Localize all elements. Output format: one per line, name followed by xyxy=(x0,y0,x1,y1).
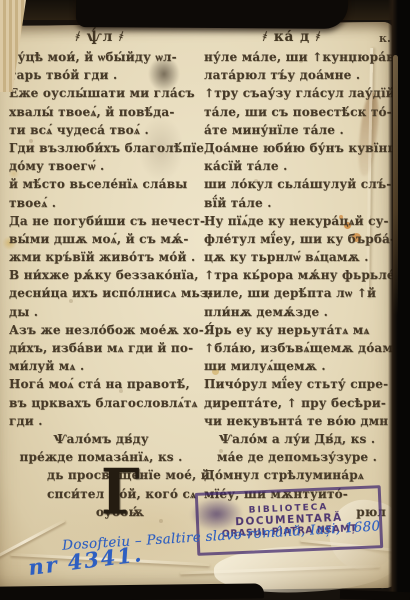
text-line: до́му твоегѡ́ . xyxy=(9,157,193,175)
left-column-text: ру́цѣ мои́, й ѡбы́йду ѡл-тарь тво́й гди … xyxy=(9,48,193,521)
text-line: та́ле, ши съ повестѣ́ск то́- xyxy=(204,103,390,121)
text-line: ↑бла́ю, избъвѧ́щемѫ до́амне xyxy=(204,339,390,357)
left-column-header: ҂ ѱ́л ҂ xyxy=(30,29,170,45)
text-line: ти всѧ́ чудеса́ твоѧ́ . xyxy=(9,121,193,139)
text-line: ма́е де депомьзу́зуре . xyxy=(204,448,390,466)
text-line: десни́ца ихъ испо́лнисѧ мьз- xyxy=(9,284,193,302)
text-line: гди . xyxy=(9,412,193,430)
text-line: ру́цѣ мои́, й ѡбы́йду ѡл- xyxy=(9,48,193,66)
text-line: й мѣ́сто вьселе́нїѧ сла́вы xyxy=(9,175,193,193)
photo-dark-corner xyxy=(340,590,410,600)
text-line: цѫ ку тьрнлѡ́ вѧ́цамѫ . xyxy=(204,248,390,266)
text-line: вы́ми дшѫ моѧ́, й съ мѫ́- xyxy=(9,230,193,248)
text-line: Ѱало́мъ дв́ду xyxy=(9,430,193,448)
right-column-text: ну́ле ма́ле, ши ↑кунџюра́волата́рюл тъ́у… xyxy=(204,48,390,521)
drop-cap-initial: Г xyxy=(101,458,140,525)
text-line: Гди възлюби́хъ благолѣ́пїе xyxy=(9,139,193,157)
book-binding-top xyxy=(76,0,348,29)
text-line: В ни́хже рѫ́ку беззако́нїа, xyxy=(9,266,193,284)
text-line: Нога́ моѧ́ ста́ на правотѣ́, xyxy=(9,375,193,393)
text-line: жми кръ́вїй живо́тъ мо́й . xyxy=(9,248,193,266)
text-line: До́мнул стрѣлумина́рѧ xyxy=(204,466,390,484)
text-line: Пичо́рул мї́еу стьту́ спре- xyxy=(204,375,390,393)
text-line: ды . xyxy=(9,303,193,321)
text-line: Еже оуслы́шати ми гла́съ xyxy=(9,84,193,102)
text-line: тарь тво́й гди . xyxy=(9,66,193,84)
photo-of-book-page: ҂ ѱ́л ҂ ҂ ка́ д ҂ к. ру́цѣ мои́, й ѡбы́й… xyxy=(0,0,410,600)
text-line: ↑тру съау́зу гла́сул лау́дїй xyxy=(204,84,390,102)
text-line: твоеѧ́ . xyxy=(9,194,193,212)
text-line: чи некувънта́ те во́ю дмн : xyxy=(204,412,390,430)
text-line: ну́ле ма́ле, ши ↑кунџюра́во xyxy=(204,48,390,66)
photo-dark-edge-right xyxy=(388,0,410,600)
text-line: ↑тра кь́рора мѫ́ну фьрьле́- xyxy=(204,266,390,284)
text-line: лата́рюл тъ́у доа́мне . xyxy=(204,66,390,84)
text-line: ши милуѧ́щемѫ . xyxy=(204,357,390,375)
photo-dark-edge-bottom xyxy=(0,583,264,600)
text-line: Я́рь еу ку нерьута́тѧ мѧ xyxy=(204,321,390,339)
text-line: ши ло́кул сьла́шулуй слъ́- xyxy=(204,175,390,193)
text-line: џиле, ши дерѣ́пта лѡ ↑й xyxy=(204,284,390,302)
page-edge-streak xyxy=(393,55,398,315)
text-line: Да не погуби́ши съ нечест- xyxy=(9,212,193,230)
text-line: пли́нѫ демѫ́зде . xyxy=(204,303,390,321)
text-line: дирепта́те, ↑ пру бесѣри- xyxy=(204,394,390,412)
text-line: фле́тул мї́еу, ши ку бърба́- xyxy=(204,230,390,248)
text-line: Ну пїѧ́де ку некура́цѧй су- xyxy=(204,212,390,230)
text-line: Ѱало́м а лу́и Дв́д, кѕ . xyxy=(204,430,390,448)
text-line: а́те мину́нїле та́ле . xyxy=(204,121,390,139)
text-line: ка́сїй та́ле . xyxy=(204,157,390,175)
text-line: Доа́мне юби́ю бу́нъ кувїнц xyxy=(204,139,390,157)
text-line: вї́й та́ле . xyxy=(204,194,390,212)
text-line: ди́хъ, изба́ви мѧ гди й по- xyxy=(9,339,193,357)
right-column-header: ҂ ка́ д ҂ xyxy=(213,29,371,45)
text-line: Азъ же незло́бож мое́ѫ хо- xyxy=(9,321,193,339)
text-line: въ црквахъ благословлѧ́тѧ xyxy=(9,394,193,412)
text-line: ми́луй мѧ . xyxy=(9,357,193,375)
text-line: хвалы́ твоеѧ́, й повѣ́да- xyxy=(9,103,193,121)
